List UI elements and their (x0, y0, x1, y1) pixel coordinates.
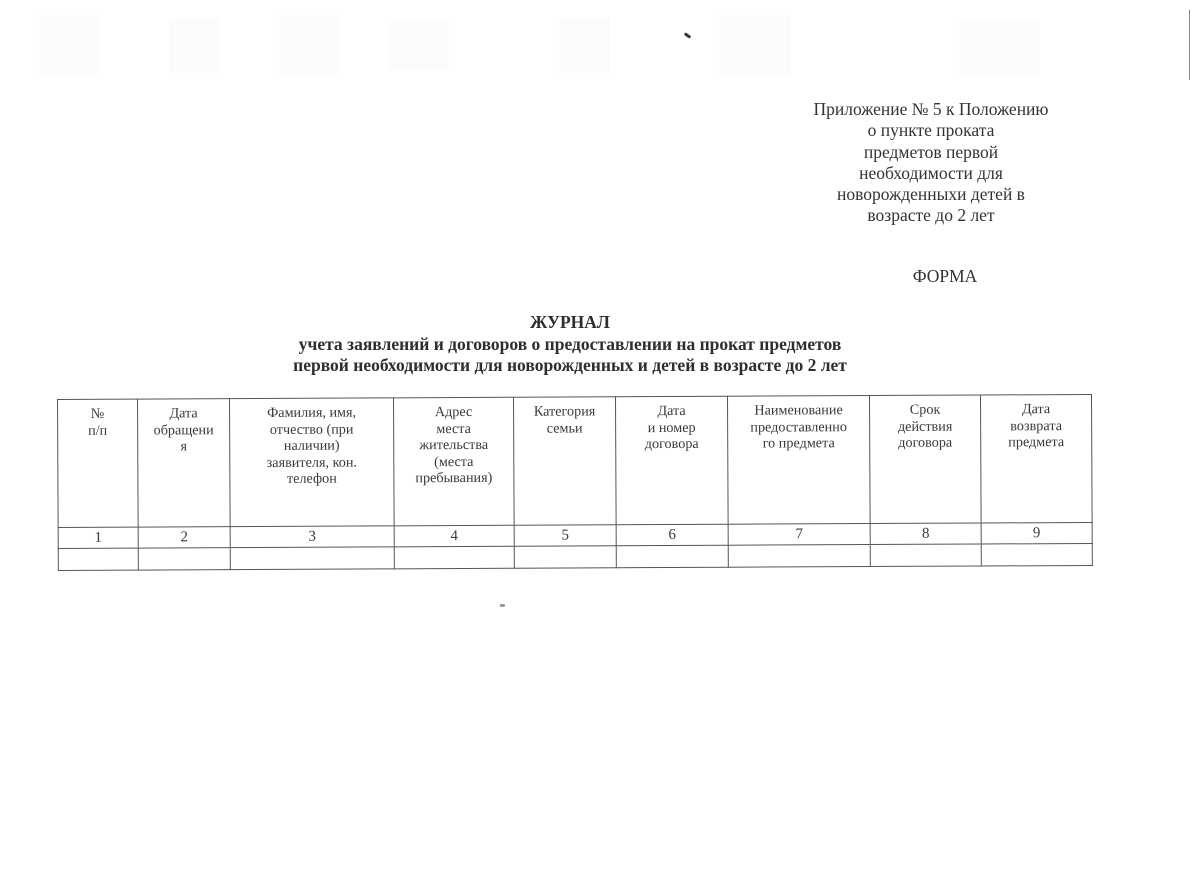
title-subtitle-line: первой необходимости для новорожденных и… (240, 355, 900, 377)
column-header-contract-date-number: Дата и номер договора (615, 396, 728, 525)
column-header-contract-term: Срок действия договора (869, 395, 981, 524)
column-header-item-name: Наименование предоставленно го предмета (727, 396, 870, 525)
table-cell (230, 547, 394, 570)
table-cell (514, 546, 616, 568)
annex-line: Приложение № 5 к Положению (780, 99, 1082, 120)
title-subtitle-line: учета заявлений и договоров о предоставл… (240, 334, 900, 356)
column-number: 1 (58, 527, 138, 548)
column-number: 9 (981, 522, 1092, 544)
annex-line: новорожденныхи детей в (780, 184, 1082, 205)
column-number: 3 (230, 526, 394, 548)
column-header-applicant-name: Фамилия, имя, отчество (при наличии) зая… (230, 398, 395, 527)
scan-artifact-edge (1189, 10, 1190, 80)
scan-artifact (720, 15, 790, 75)
table-cell (616, 545, 728, 568)
table-cell (394, 546, 514, 569)
journal-table: № п/п Дата обращени я Фамилия, имя, отче… (57, 394, 1093, 571)
column-header-return-date: Дата возврата предмета (980, 394, 1092, 523)
annex-line: необходимости для (780, 163, 1082, 184)
column-number: 8 (870, 523, 981, 545)
column-number: 4 (394, 525, 514, 547)
column-header-address: Адрес места жительства (места пребывания… (393, 397, 514, 526)
table-cell (58, 548, 138, 570)
annex-line: предметов первой (780, 142, 1082, 163)
column-header-number: № п/п (58, 399, 139, 527)
scan-artifact (960, 20, 1040, 75)
table-cell (981, 543, 1092, 566)
scan-artifact (40, 15, 100, 75)
scan-artifact-mark (684, 32, 691, 38)
form-label: ФОРМА (880, 266, 1010, 287)
scan-artifact (280, 15, 340, 75)
scan-artifact (390, 20, 450, 70)
annex-heading: Приложение № 5 к Положению о пункте прок… (780, 99, 1082, 227)
scan-artifact (170, 18, 220, 73)
table-row (58, 543, 1092, 570)
document-title: ЖУРНАЛ учета заявлений и договоров о пре… (240, 312, 900, 377)
column-header-request-date: Дата обращени я (138, 399, 231, 527)
column-number: 5 (514, 525, 616, 546)
table-cell (870, 544, 981, 567)
annex-line: возрасте до 2 лет (780, 205, 1082, 226)
column-header-family-category: Категория семьи (513, 397, 616, 525)
table-header-row: № п/п Дата обращени я Фамилия, имя, отче… (58, 394, 1093, 527)
scan-artifact-dot (500, 604, 505, 607)
annex-line: о пункте проката (780, 120, 1082, 141)
column-number: 2 (138, 527, 230, 548)
table-cell (138, 548, 230, 570)
scan-artifact (560, 18, 610, 73)
title-heading: ЖУРНАЛ (240, 312, 900, 334)
table-cell (728, 545, 870, 568)
column-number: 7 (728, 524, 870, 546)
column-number: 6 (616, 524, 728, 546)
